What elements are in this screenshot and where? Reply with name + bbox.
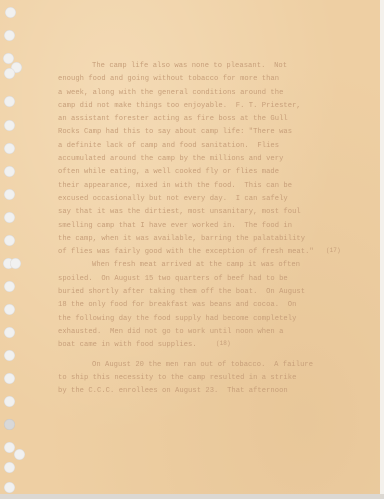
text-line: their appearance, mixed in with the food… (58, 180, 358, 193)
binder-hole (4, 235, 15, 246)
text-line: of flies was fairly good with the except… (58, 246, 358, 259)
binder-hole (10, 258, 21, 269)
text-line: accumulated around the camp by the milli… (58, 153, 358, 166)
text-line: a definite lack of camp and food sanitat… (58, 140, 358, 153)
text-line: excused occasionally but not every day. … (58, 193, 358, 206)
binder-hole (4, 143, 15, 154)
text-line: to ship this necessity to the camp resul… (58, 372, 358, 385)
text-line: say that it was the dirtiest, most unsan… (58, 206, 358, 219)
text-line: an assistant forester acting as fire bos… (58, 113, 358, 126)
binder-hole (4, 212, 15, 223)
binder-hole (4, 442, 15, 453)
binder-hole (4, 281, 15, 292)
binder-hole (4, 350, 15, 361)
binder-hole (4, 373, 15, 384)
binder-hole (4, 96, 15, 107)
binder-hole (4, 396, 15, 407)
binder-hole (4, 462, 15, 473)
typewritten-page: The camp life also was none to pleasant.… (0, 0, 380, 495)
text-line: When fresh meat arrived at the camp it w… (58, 259, 358, 272)
binder-hole (4, 482, 15, 493)
binder-hole (5, 7, 16, 18)
footnote-marker: (17) (326, 244, 341, 257)
binder-hole (4, 120, 15, 131)
text-line: boat came in with food supplies. (58, 339, 358, 352)
text-line: smelling camp that I have ever worked in… (58, 220, 358, 233)
binder-hole (14, 449, 25, 460)
binder-hole (4, 68, 15, 79)
text-line: spoiled. On August 15 two quarters of be… (58, 273, 358, 286)
binder-hole (4, 304, 15, 315)
text-line: enough food and going without tobacco fo… (58, 73, 358, 86)
document-body: The camp life also was none to pleasant.… (58, 60, 358, 398)
text-line: by the C.C.C. enrollees on August 23. Th… (58, 385, 358, 398)
text-line: buried shortly after taking them off the… (58, 286, 358, 299)
binder-hole (4, 327, 15, 338)
text-line: often while eating, a well cooked fly or… (58, 166, 358, 179)
text-line: the camp, when it was available, barring… (58, 233, 358, 246)
text-line: On August 20 the men ran out of tobacco.… (58, 359, 358, 372)
text-line: camp did not make things too enjoyable. … (58, 100, 358, 113)
scan-edge-bottom (0, 494, 384, 499)
text-line: a week, along with the general condition… (58, 87, 358, 100)
text-line: Rocks Camp had this to say about camp li… (58, 126, 358, 139)
binder-hole (4, 419, 15, 430)
binder-hole (4, 166, 15, 177)
text-line: the following day the food supply had be… (58, 313, 358, 326)
binder-hole (4, 189, 15, 200)
text-line: The camp life also was none to pleasant.… (58, 60, 358, 73)
binder-hole (4, 30, 15, 41)
scan-edge-right (380, 0, 384, 499)
footnote-marker: (18) (216, 337, 231, 350)
text-line: 18 the only food for breakfast was beans… (58, 299, 358, 312)
text-line: exhausted. Men did not go to work until … (58, 326, 358, 339)
